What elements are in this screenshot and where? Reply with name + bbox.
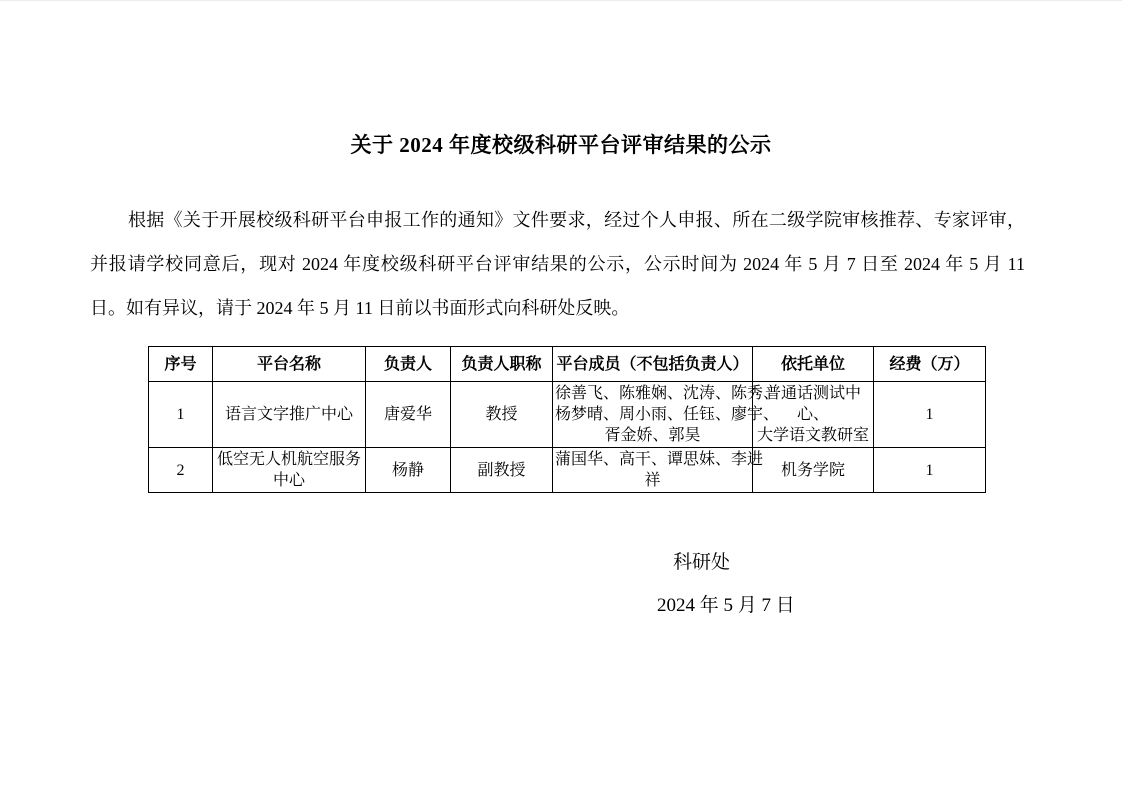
- table-row: 1 语言文字推广中心 唐爱华 教授 徐善飞、陈雅娴、沈涛、陈秀、 杨梦晴、周小雨…: [149, 382, 986, 448]
- cell-line: 普通话测试中: [755, 383, 871, 404]
- cell-line: 蒲国华、高干、谭思妹、李进: [555, 449, 750, 470]
- cell-leader: 唐爱华: [366, 382, 451, 448]
- body-paragraph: 根据《关于开展校级科研平台申报工作的通知》文件要求，经过个人申报、所在二级学院审…: [90, 198, 1025, 330]
- col-header-leader-title: 负责人职称: [451, 347, 553, 382]
- cell-index: 1: [149, 382, 213, 448]
- cell-unit: 机务学院: [753, 448, 874, 493]
- cell-line: 祥: [555, 470, 750, 491]
- signature-org: 科研处: [673, 547, 730, 574]
- cell-line: 语言文字推广中心: [215, 404, 363, 425]
- cell-line: 徐善飞、陈雅娴、沈涛、陈秀、: [555, 383, 750, 404]
- cell-platform-name: 语言文字推广中心: [213, 382, 366, 448]
- document-title: 关于 2024 年度校级科研平台评审结果的公示: [0, 129, 1122, 159]
- cell-platform-name: 低空无人机航空服务 中心: [213, 448, 366, 493]
- signature-date: 2024 年 5 月 7 日: [657, 590, 795, 617]
- cell-line: 胥金娇、郭昊: [555, 425, 750, 446]
- cell-leader-title: 教授: [451, 382, 553, 448]
- document-page: 关于 2024 年度校级科研平台评审结果的公示 根据《关于开展校级科研平台申报工…: [0, 0, 1122, 794]
- cell-line: 机务学院: [755, 460, 871, 481]
- cell-line: 中心: [215, 470, 363, 491]
- cell-line: 大学语文教研室: [755, 425, 871, 446]
- cell-fund: 1: [874, 448, 986, 493]
- table-header-row: 序号 平台名称 负责人 负责人职称 平台成员（不包括负责人） 依托单位 经费（万…: [149, 347, 986, 382]
- cell-members: 徐善飞、陈雅娴、沈涛、陈秀、 杨梦晴、周小雨、任钰、廖宇、 胥金娇、郭昊: [553, 382, 753, 448]
- col-header-platform-name: 平台名称: [213, 347, 366, 382]
- cell-members: 蒲国华、高干、谭思妹、李进 祥: [553, 448, 753, 493]
- col-header-fund: 经费（万）: [874, 347, 986, 382]
- cell-index: 2: [149, 448, 213, 493]
- cell-fund: 1: [874, 382, 986, 448]
- col-header-unit: 依托单位: [753, 347, 874, 382]
- col-header-members: 平台成员（不包括负责人）: [553, 347, 753, 382]
- cell-line: 低空无人机航空服务: [215, 449, 363, 470]
- cell-line: 杨梦晴、周小雨、任钰、廖宇、: [555, 404, 750, 425]
- results-table: 序号 平台名称 负责人 负责人职称 平台成员（不包括负责人） 依托单位 经费（万…: [148, 346, 986, 493]
- cell-leader: 杨静: [366, 448, 451, 493]
- cell-leader-title: 副教授: [451, 448, 553, 493]
- table-row: 2 低空无人机航空服务 中心 杨静 副教授 蒲国华、高干、谭思妹、李进 祥 机务…: [149, 448, 986, 493]
- col-header-leader: 负责人: [366, 347, 451, 382]
- col-header-index: 序号: [149, 347, 213, 382]
